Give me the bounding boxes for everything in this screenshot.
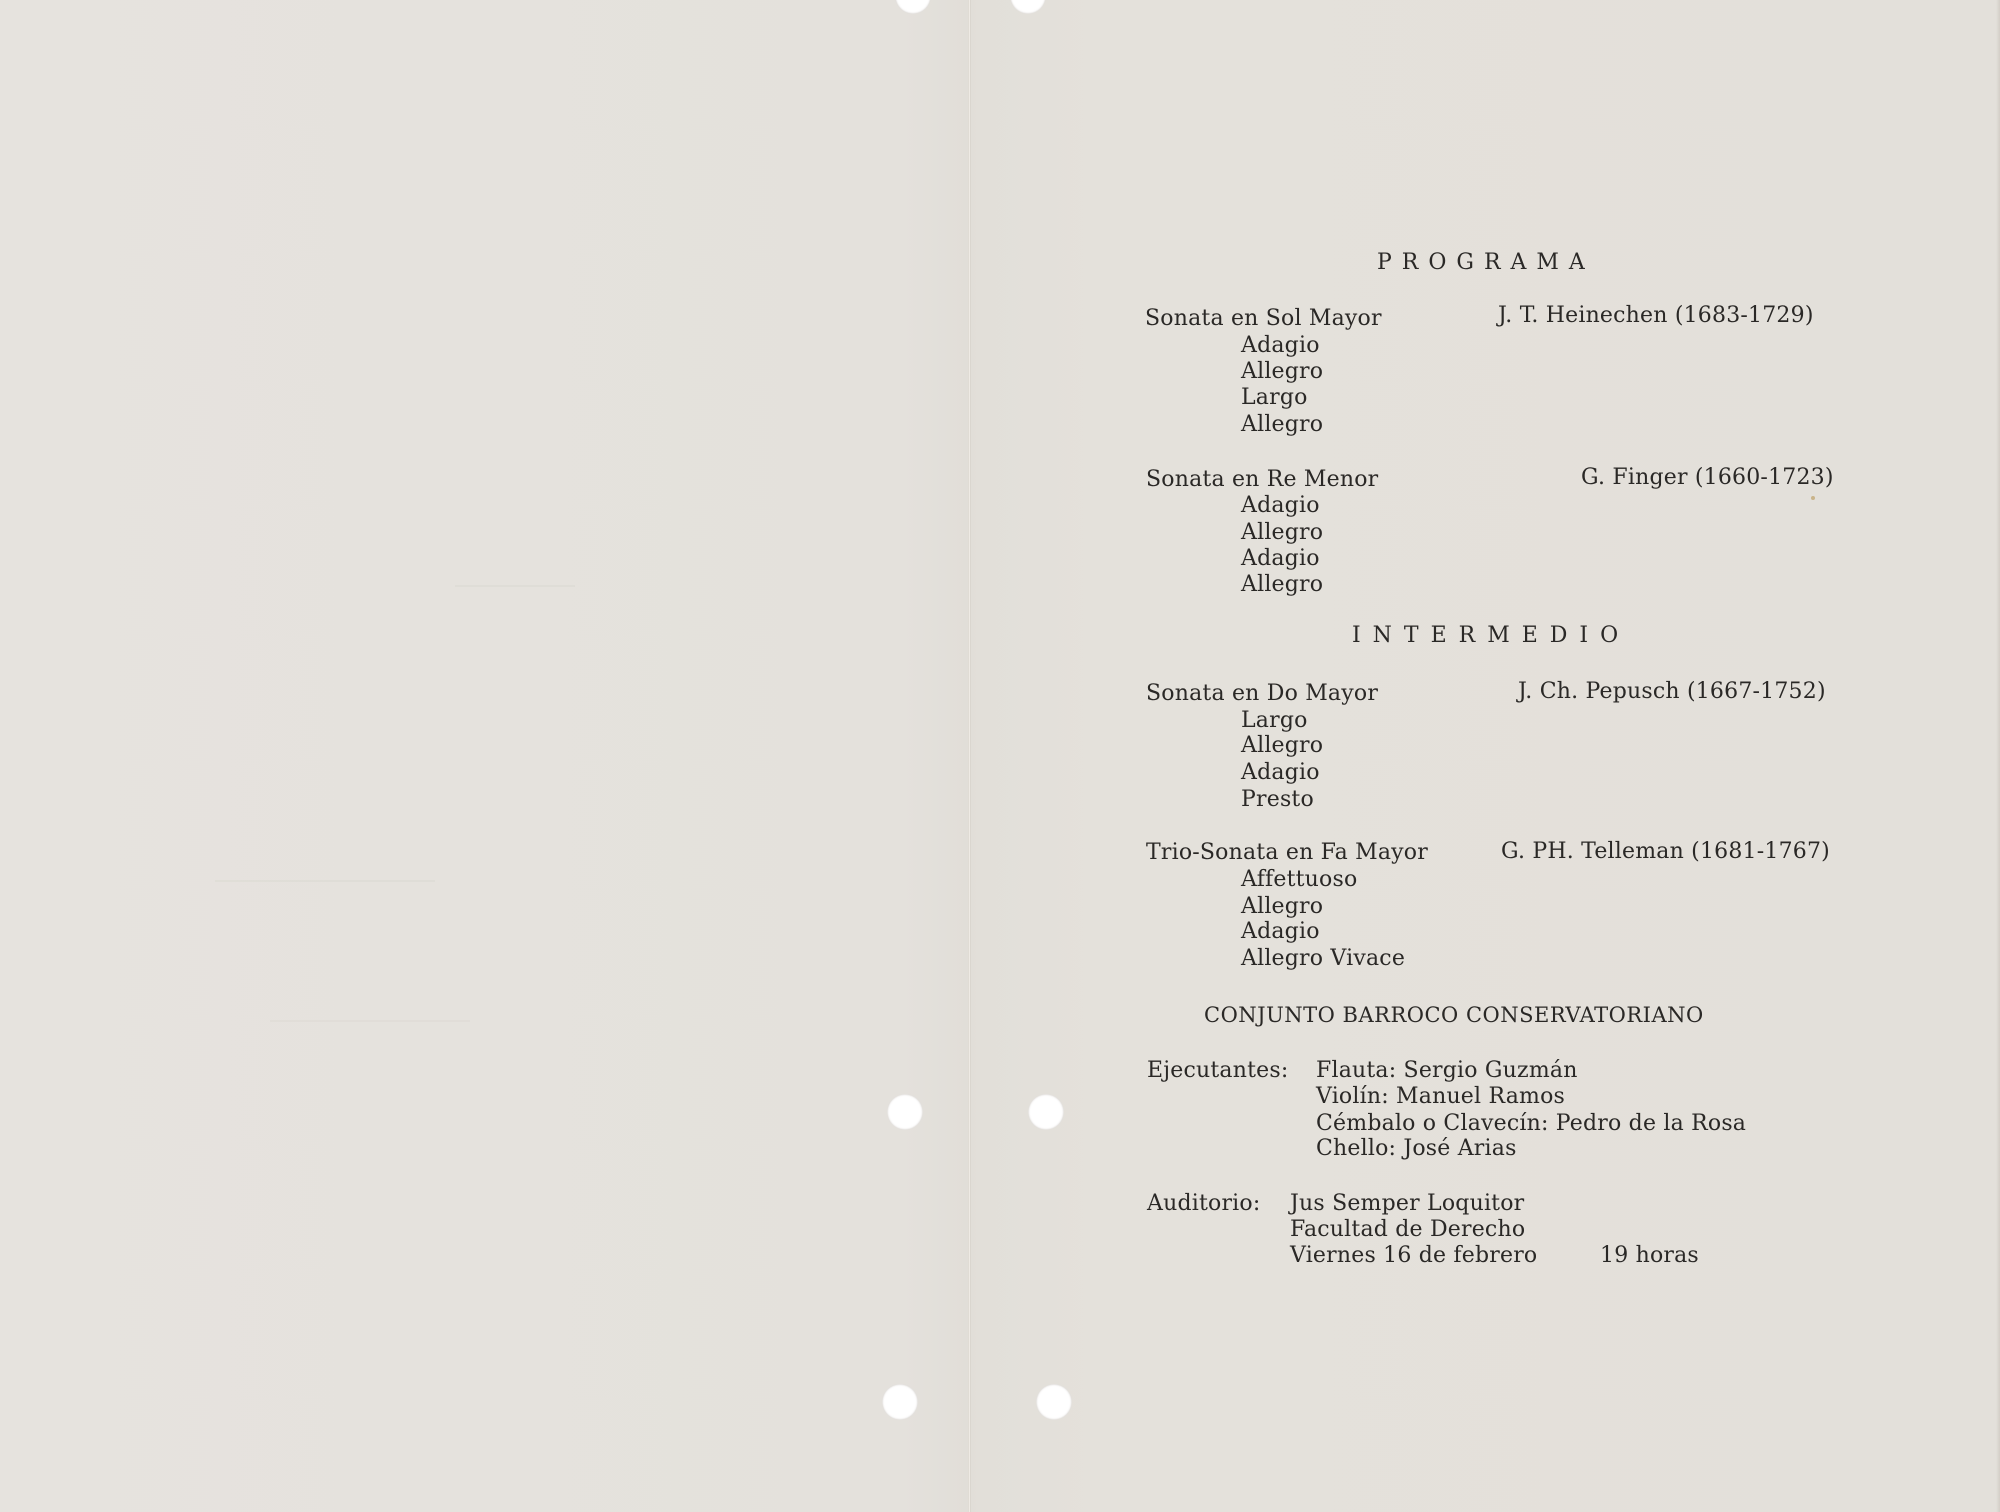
intermission-heading: I N T E R M E D I O bbox=[1352, 623, 1618, 649]
composer: J. Ch. Pepusch (1667-1752) bbox=[1518, 679, 1826, 705]
punch-hole-right-lower bbox=[1036, 1384, 1072, 1420]
composer: J. T. Heinechen (1683-1729) bbox=[1498, 303, 1814, 329]
movement: Largo bbox=[1241, 385, 1308, 411]
movement: Allegro bbox=[1241, 359, 1323, 385]
composer: G. PH. Telleman (1681-1767) bbox=[1501, 839, 1830, 865]
left-page-blank bbox=[0, 0, 969, 1512]
program-leaflet: P R O G R A M A Sonata en Sol Mayor J. T… bbox=[0, 0, 2000, 1512]
performer: Cémbalo o Clavecín: Pedro de la Rosa bbox=[1316, 1111, 1746, 1137]
movement: Adagio bbox=[1241, 333, 1320, 359]
ensemble-name: CONJUNTO BARROCO CONSERVATORIANO bbox=[1204, 1002, 1704, 1028]
work-title: Sonata en Re Menor bbox=[1146, 467, 1378, 493]
movement: Allegro bbox=[1241, 894, 1323, 920]
movement: Adagio bbox=[1241, 919, 1320, 945]
event-date: Viernes 16 de febrero bbox=[1290, 1243, 1537, 1269]
performer: Flauta: Sergio Guzmán bbox=[1316, 1058, 1578, 1084]
movement: Allegro bbox=[1241, 520, 1323, 546]
punch-hole-right-upper bbox=[1028, 1094, 1064, 1130]
movement: Adagio bbox=[1241, 493, 1320, 519]
movement: Largo bbox=[1241, 708, 1308, 734]
composer: G. Finger (1660-1723) bbox=[1581, 465, 1834, 491]
work-title: Sonata en Sol Mayor bbox=[1145, 306, 1382, 332]
punch-hole-top-right-partial bbox=[1010, 0, 1046, 14]
venue-name: Jus Semper Loquitor bbox=[1290, 1191, 1524, 1217]
work-title: Trio-Sonata en Fa Mayor bbox=[1146, 840, 1428, 866]
movement: Allegro bbox=[1241, 412, 1323, 438]
performer: Chello: José Arias bbox=[1316, 1136, 1517, 1162]
punch-hole-left-upper bbox=[887, 1094, 923, 1130]
faint-mark bbox=[270, 1020, 470, 1022]
faint-mark bbox=[215, 880, 435, 882]
movement: Affettuoso bbox=[1241, 867, 1357, 893]
movement: Allegro Vivace bbox=[1241, 946, 1405, 972]
movement: Allegro bbox=[1241, 733, 1323, 759]
venue-label: Auditorio: bbox=[1147, 1191, 1260, 1217]
venue-faculty: Facultad de Derecho bbox=[1290, 1217, 1525, 1243]
paper-edge bbox=[1996, 0, 2000, 1512]
ink-speck bbox=[1811, 496, 1815, 500]
movement: Adagio bbox=[1241, 760, 1320, 786]
faint-mark bbox=[455, 585, 575, 587]
punch-hole-left-lower bbox=[882, 1384, 918, 1420]
event-time: 19 horas bbox=[1600, 1243, 1699, 1269]
program-title: P R O G R A M A bbox=[1377, 250, 1585, 276]
center-fold bbox=[968, 0, 971, 1512]
performers-label: Ejecutantes: bbox=[1147, 1058, 1288, 1084]
work-title: Sonata en Do Mayor bbox=[1146, 681, 1378, 707]
performer: Violín: Manuel Ramos bbox=[1316, 1084, 1565, 1110]
movement: Allegro bbox=[1241, 572, 1323, 598]
movement: Presto bbox=[1241, 787, 1314, 813]
movement: Adagio bbox=[1241, 546, 1320, 572]
